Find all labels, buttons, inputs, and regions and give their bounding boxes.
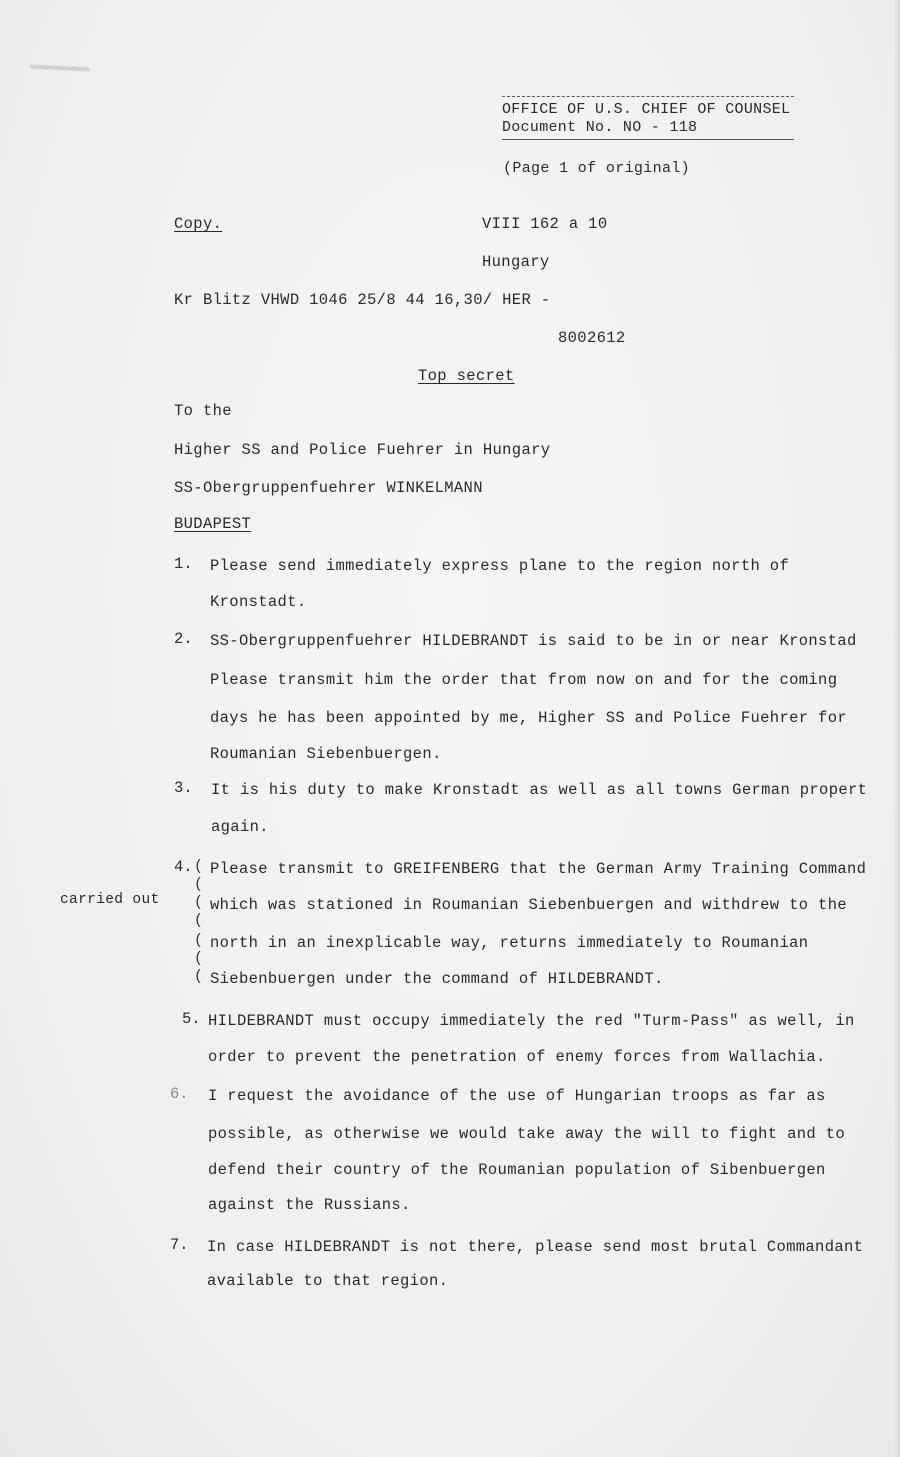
item-line: which was stationed in Roumanian Siebenb… [210,896,847,914]
item-line: available to that region. [207,1272,448,1290]
bracket-mark: ( [194,858,203,875]
file-reference: VIII 162 a 10 [482,215,607,233]
item-number: 3. [174,779,193,797]
item-number: 6. [170,1085,189,1103]
transmission-line: Kr Blitz VHWD 1046 25/8 44 16,30/ HER - [174,291,550,309]
bracket-mark: ( [194,950,203,967]
item-line: Please send immediately express plane to… [210,557,789,575]
item-line: HILDEBRANDT must occupy immediately the … [208,1012,855,1030]
counsel-header: OFFICE OF U.S. CHIEF OF COUNSEL Document… [502,96,794,140]
item-line: order to prevent the penetration of enem… [208,1048,826,1066]
item-number: 5. [182,1010,201,1028]
office-title: OFFICE OF U.S. CHIEF OF COUNSEL [502,101,794,119]
item-line: It is his duty to make Kronstadt as well… [211,781,867,799]
address-city: BUDAPEST [174,515,251,533]
address-recipient: SS-Obergruppenfuehrer WINKELMANN [174,479,483,497]
item-line: Please transmit to GREIFENBERG that the … [210,860,866,878]
page-edge [892,0,900,1457]
item-line: Roumanian Siebenbuergen. [210,745,442,763]
item-line: possible, as otherwise we would take awa… [208,1125,845,1143]
margin-note: carried out [60,892,160,908]
bracket-mark: ( [194,912,203,929]
item-line: defend their country of the Roumanian po… [208,1161,826,1179]
address-to: To the [174,402,232,420]
serial-number: 8002612 [558,329,626,347]
item-line: Kronstadt. [210,593,307,611]
item-line: against the Russians. [208,1196,411,1214]
item-number: 7. [170,1236,189,1254]
classification: Top secret [418,367,515,385]
item-number: 2. [174,630,193,648]
item-line: Please transmit him the order that from … [210,671,837,689]
document-number: Document No. NO - 118 [502,119,794,137]
bracket-mark: ( [194,968,203,985]
bracket-mark: ( [194,894,203,911]
item-line: In case HILDEBRANDT is not there, please… [207,1238,863,1256]
document-page: OFFICE OF U.S. CHIEF OF COUNSEL Document… [0,0,900,1457]
item-line: SS-Obergruppenfuehrer HILDEBRANDT is sai… [210,632,857,650]
item-number: 4. [174,858,193,876]
item-line: again. [211,818,269,836]
country-label: Hungary [482,253,550,271]
page-note: (Page 1 of original) [503,160,690,177]
item-line: I request the avoidance of the use of Hu… [208,1087,826,1105]
address-office: Higher SS and Police Fuehrer in Hungary [174,441,550,459]
bracket-mark: ( [194,932,203,949]
bracket-mark: ( [194,876,203,893]
item-line: days he has been appointed by me, Higher… [210,709,847,727]
item-line: north in an inexplicable way, returns im… [210,934,808,952]
copy-label: Copy. [174,215,222,233]
item-line: Siebenbuergen under the command of HILDE… [210,970,664,988]
item-number: 1. [174,555,193,573]
ink-smudge [30,64,90,71]
